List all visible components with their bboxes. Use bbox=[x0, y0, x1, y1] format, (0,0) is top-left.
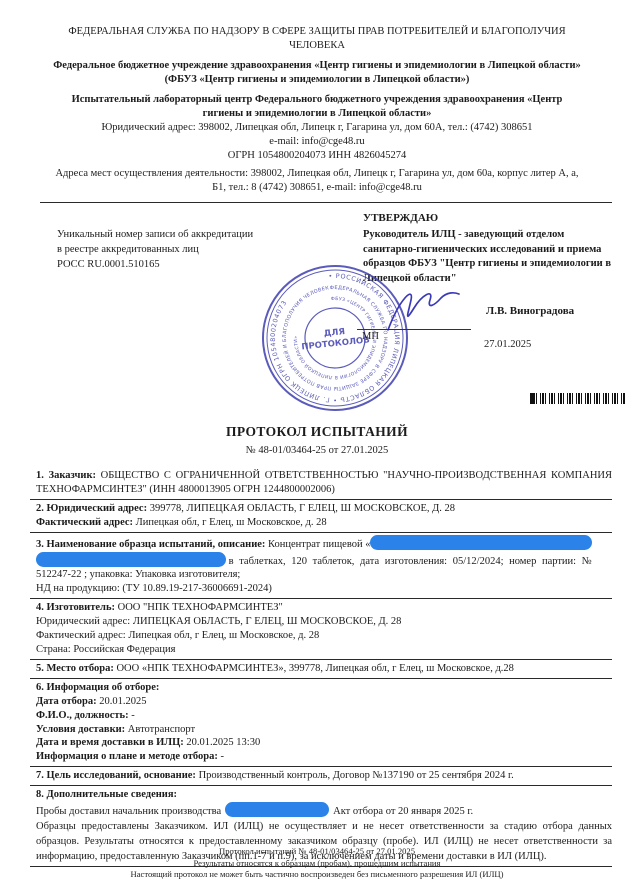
delivery-datetime-value: 20.01.2025 13:30 bbox=[186, 737, 260, 748]
fio-label: Ф.И.О., должность: bbox=[36, 710, 129, 721]
accreditation-block: Уникальный номер записи об аккредитации … bbox=[57, 227, 287, 272]
purpose-value: Производственный контроль, Договор №1371… bbox=[199, 770, 514, 781]
section-divider bbox=[30, 785, 612, 786]
fio-value: - bbox=[131, 710, 135, 721]
section-sampling-info-label: 6. Информация об отборе: bbox=[36, 681, 612, 695]
email-line: e-mail: info@cge48.ru bbox=[0, 135, 634, 149]
section-divider bbox=[30, 678, 612, 679]
protocol-title: ПРОТОКОЛ ИСПЫТАНИЙ bbox=[0, 424, 634, 440]
actual-address-label: Фактический адрес: bbox=[36, 517, 133, 528]
sampling-date-label: Дата отбора: bbox=[36, 696, 97, 707]
barcode bbox=[530, 393, 625, 404]
header-divider bbox=[40, 202, 612, 203]
section-sampling-place: 5. Место отбора: ООО «НПК ТЕХНОФАРМСИНТЕ… bbox=[36, 662, 612, 676]
protocol-body: 1. Заказчик: ОБЩЕСТВО С ОГРАНИЧЕННОЙ ОТВ… bbox=[36, 469, 612, 867]
approve-title: УТВЕРЖДАЮ bbox=[363, 212, 438, 224]
section-sample-line3: 512247-22 ; упаковка: Упаковка изготовит… bbox=[36, 568, 612, 582]
sample-value-part2: в таблетках, 120 таблеток, дата изготовл… bbox=[229, 556, 592, 567]
delivery-conditions-value: Автотранспорт bbox=[128, 724, 195, 735]
purpose-label: 7. Цель исследований, основание: bbox=[36, 770, 196, 781]
section-divider bbox=[30, 499, 612, 500]
legal-address-label: 2. Юридический адрес: bbox=[36, 503, 147, 514]
section-manufacturer: 4. Изготовитель: ООО "НПК ТЕХНОФАРМСИНТЕ… bbox=[36, 601, 612, 615]
activity-address-line1: Адреса мест осуществления деятельности: … bbox=[0, 167, 634, 181]
activity-address-line2: Б1, тел.: 8 (4742) 308651, e-mail: info@… bbox=[0, 181, 634, 195]
agency-name-line2: ЧЕЛОВЕКА bbox=[0, 39, 634, 53]
letterhead: ФЕДЕРАЛЬНАЯ СЛУЖБА ПО НАДЗОРУ В СФЕРЕ ЗА… bbox=[0, 25, 634, 195]
signer-name: Л.В. Виноградова bbox=[486, 305, 574, 317]
round-stamp: • РОССИЙСКАЯ ФЕДЕРАЦИЯ ЛИПЕЦКАЯ ОБЛАСТЬ … bbox=[251, 254, 418, 421]
section-legal-address: 2. Юридический адрес: 399778, ЛИПЕЦКАЯ О… bbox=[36, 502, 612, 516]
section-divider bbox=[30, 766, 612, 767]
accreditation-line1: Уникальный номер записи об аккредитации bbox=[57, 227, 287, 242]
signature bbox=[384, 284, 480, 334]
section-divider bbox=[30, 659, 612, 660]
section-customer-label: 1. Заказчик: bbox=[36, 470, 96, 481]
redaction-box bbox=[225, 802, 329, 817]
section-divider bbox=[30, 598, 612, 599]
manufacturer-legal-address: Юридический адрес: ЛИПЕЦКАЯ ОБЛАСТЬ, Г Е… bbox=[36, 615, 612, 629]
sampling-method-row: Информация о плане и методе отбора: - bbox=[36, 750, 612, 764]
delivery-conditions-label: Условия доставки: bbox=[36, 724, 125, 735]
manufacturer-actual-address: Фактический адрес: Липецкая обл, г Елец,… bbox=[36, 629, 612, 643]
samples-delivered-row: Пробы доставил начальник производстваАкт… bbox=[36, 802, 612, 819]
footer-reproduction-note: Настоящий протокол не может быть частичн… bbox=[0, 869, 634, 881]
redaction-box bbox=[36, 552, 226, 567]
lab-center-line1: Испытательный лабораторный центр Федерал… bbox=[0, 93, 634, 107]
section-sample: 3. Наименование образца испытаний, описа… bbox=[36, 535, 612, 552]
section-customer-value: ОБЩЕСТВО С ОГРАНИЧЕННОЙ ОТВЕТСТВЕННОСТЬЮ… bbox=[36, 470, 612, 495]
sampling-place-value: ООО «НПК ТЕХНОФАРМСИНТЕЗ», 399778, Липец… bbox=[116, 663, 513, 674]
sampling-date-row: Дата отбора: 20.01.2025 bbox=[36, 695, 612, 709]
delivery-conditions-row: Условия доставки: Автотранспорт bbox=[36, 723, 612, 737]
manufacturer-country: Страна: Российская Федерация bbox=[36, 643, 612, 657]
manufacturer-value: ООО "НПК ТЕХНОФАРМСИНТЕЗ" bbox=[118, 602, 283, 613]
sampling-method-value: - bbox=[220, 751, 224, 762]
redaction-box bbox=[370, 535, 592, 550]
section-sample-line2: в таблетках, 120 таблеток, дата изготовл… bbox=[36, 552, 612, 569]
protocol-number: № 48-01/03464-25 от 27.01.2025 bbox=[0, 445, 634, 456]
sampling-method-label: Информация о плане и методе отбора: bbox=[36, 751, 218, 762]
institution-name-line1: Федеральное бюджетное учреждение здравоо… bbox=[0, 59, 634, 73]
sampling-date-value: 20.01.2025 bbox=[99, 696, 146, 707]
signature-line bbox=[357, 329, 471, 330]
footer-protocol-ref: Протокол испытаний № 48-01/03464-25 от 2… bbox=[0, 846, 634, 858]
ogrn-inn-line: ОГРН 1054800204073 ИНН 4826045274 bbox=[0, 149, 634, 163]
actual-address-value: Липецкая обл, г Елец, ш Московское, д. 2… bbox=[136, 517, 327, 528]
legal-address-value: 399778, ЛИПЕЦКАЯ ОБЛАСТЬ, Г ЕЛЕЦ, Ш МОСК… bbox=[150, 503, 455, 514]
scanned-protocol-page: ФЕДЕРАЛЬНАЯ СЛУЖБА ПО НАДЗОРУ В СФЕРЕ ЗА… bbox=[0, 0, 634, 888]
section-purpose: 7. Цель исследований, основание: Произво… bbox=[36, 769, 612, 783]
accreditation-line2: в реестре аккредитованных лиц bbox=[57, 242, 287, 257]
fio-row: Ф.И.О., должность: - bbox=[36, 709, 612, 723]
section-divider bbox=[30, 532, 612, 533]
sampling-act-text: Акт отбора от 20 января 2025 г. bbox=[333, 806, 473, 817]
samples-delivered-text: Пробы доставил начальник производства bbox=[36, 806, 221, 817]
delivery-datetime-label: Дата и время доставки в ИЛЦ: bbox=[36, 737, 184, 748]
page-footer: Протокол испытаний № 48-01/03464-25 от 2… bbox=[0, 846, 634, 881]
sample-value-part1: Концентрат пищевой « bbox=[268, 539, 370, 550]
approval-date: 27.01.2025 bbox=[484, 339, 531, 350]
agency-name-line1: ФЕДЕРАЛЬНАЯ СЛУЖБА ПО НАДЗОРУ В СФЕРЕ ЗА… bbox=[0, 25, 634, 39]
section-sample-line4: НД на продукцию: (ТУ 10.89.19-217-360066… bbox=[36, 582, 612, 596]
institution-name-line2: (ФБУЗ «Центр гигиены и эпидемиологии в Л… bbox=[0, 73, 634, 87]
sample-label: 3. Наименование образца испытаний, описа… bbox=[36, 539, 265, 550]
section-additional-label: 8. Дополнительные сведения: bbox=[36, 788, 612, 802]
delivery-datetime-row: Дата и время доставки в ИЛЦ: 20.01.2025 … bbox=[36, 736, 612, 750]
stamp-center-line2: ПРОТОКОЛОВ bbox=[301, 335, 370, 352]
legal-address: Юридический адрес: 398002, Липецкая обл,… bbox=[0, 121, 634, 135]
footer-results-note: Результаты относятся к образцам (пробам)… bbox=[0, 858, 634, 870]
sampling-place-label: 5. Место отбора: bbox=[36, 663, 114, 674]
stamp-place-label: МП bbox=[362, 331, 379, 342]
lab-center-line2: гигиены и эпидемиологии в Липецкой облас… bbox=[0, 107, 634, 121]
section-actual-address: Фактический адрес: Липецкая обл, г Елец,… bbox=[36, 516, 612, 530]
section-customer: 1. Заказчик: ОБЩЕСТВО С ОГРАНИЧЕННОЙ ОТВ… bbox=[36, 469, 612, 497]
manufacturer-label: 4. Изготовитель: bbox=[36, 602, 115, 613]
